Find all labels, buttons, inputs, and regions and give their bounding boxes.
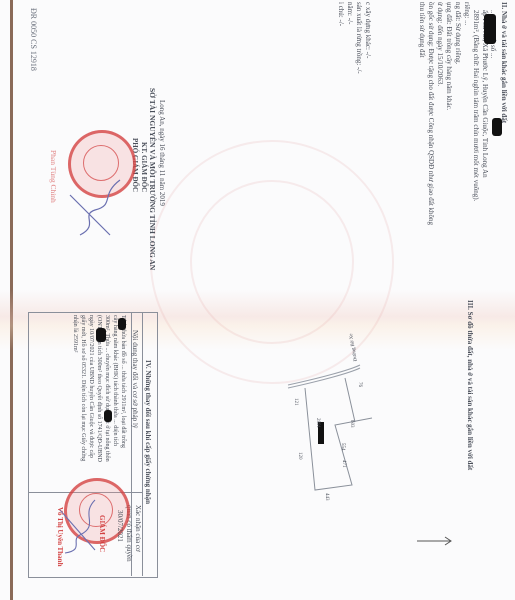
entry-line: ngày 10/07/2021 của UBND huyện Cần Giuộc… [86, 315, 95, 458]
redaction [104, 410, 112, 422]
redaction [492, 118, 502, 136]
kt-title: KT. GIÁM ĐỐC [139, 142, 148, 192]
info-line: 2891m², (Bằng chữ: Hai nghìn tám trăm ch… [471, 10, 480, 201]
other-line: năm: -/- [345, 2, 354, 24]
parcel-label: 603 [347, 420, 356, 428]
parcel-label: 471 [339, 460, 348, 468]
info-line: ụng đất: Đất trồng cây hàng năm khác. [444, 2, 453, 110]
signer-name-left: Phan Tùng Chinh [49, 150, 58, 203]
parcel-label: 76 [355, 382, 364, 387]
parcel-label: 554 [338, 443, 347, 451]
date-line: Long An, ngày 16 tháng 11 năm 2019 [157, 100, 166, 206]
parcel-label: 120 [295, 452, 304, 460]
entry-line: giấy mới, Hồ sơ số 05321. Diện tích còn … [78, 315, 87, 461]
info-line: ồn gốc sử dụng: Được tặng cho đất được C… [426, 2, 435, 225]
entry-line: cây hàng năm khác (BHK) tách thành thửa … [110, 315, 119, 446]
redaction [96, 328, 106, 342]
info-line: ng đất: Sử dụng riêng. [453, 2, 462, 64]
other-line: i chú: -/- [336, 2, 345, 26]
info-line: thu tiền sử dụng đất [417, 2, 426, 58]
north-arrow-icon [415, 535, 455, 547]
other-line: c xây dựng khác: -/- [363, 2, 372, 58]
watermark-emblem-inner [190, 180, 354, 344]
parcel-label: 443 [322, 493, 331, 501]
redaction [484, 14, 496, 44]
parcel-map [280, 350, 410, 510]
confirm-date: 30/07/2021 [115, 510, 124, 542]
entry-line: nhận là 2591m² [70, 315, 79, 352]
redaction [118, 318, 126, 330]
info-line: ử dụng: đến ngày 15/10/2063. [435, 2, 444, 86]
serial-number: ĐR 0050 CS 12918 [29, 8, 38, 71]
confirm-signer: Võ Thị Uyên Thanh [55, 507, 64, 566]
section-ii-header: II. Nhà ở và tài sản khác gắn liền với đ… [499, 2, 508, 123]
col-content-header: Nội dung thay đổi và cơ sở pháp lý [130, 330, 139, 428]
entry-line: Tách thửa bản đồ số ... thửa tách 2911m²… [118, 315, 127, 448]
section-iii-title: III. Sơ đồ thửa đất, nhà ở và tài sản kh… [465, 300, 474, 470]
section-iv-title: IV. Những thay đổi sau khi cấp giấy chứn… [143, 360, 152, 504]
agency-name: SỞ TÀI NGUYÊN VÀ MÔI TRƯỜNG TỈNH LONG AN [148, 88, 157, 270]
parcel-label: 121 [291, 398, 300, 406]
other-line: sản xuất là rừng trồng: -/- [354, 2, 363, 74]
parcel-label: 2891 [313, 418, 322, 428]
info-line: riêng: ... [462, 2, 471, 25]
signature-left [60, 175, 130, 245]
